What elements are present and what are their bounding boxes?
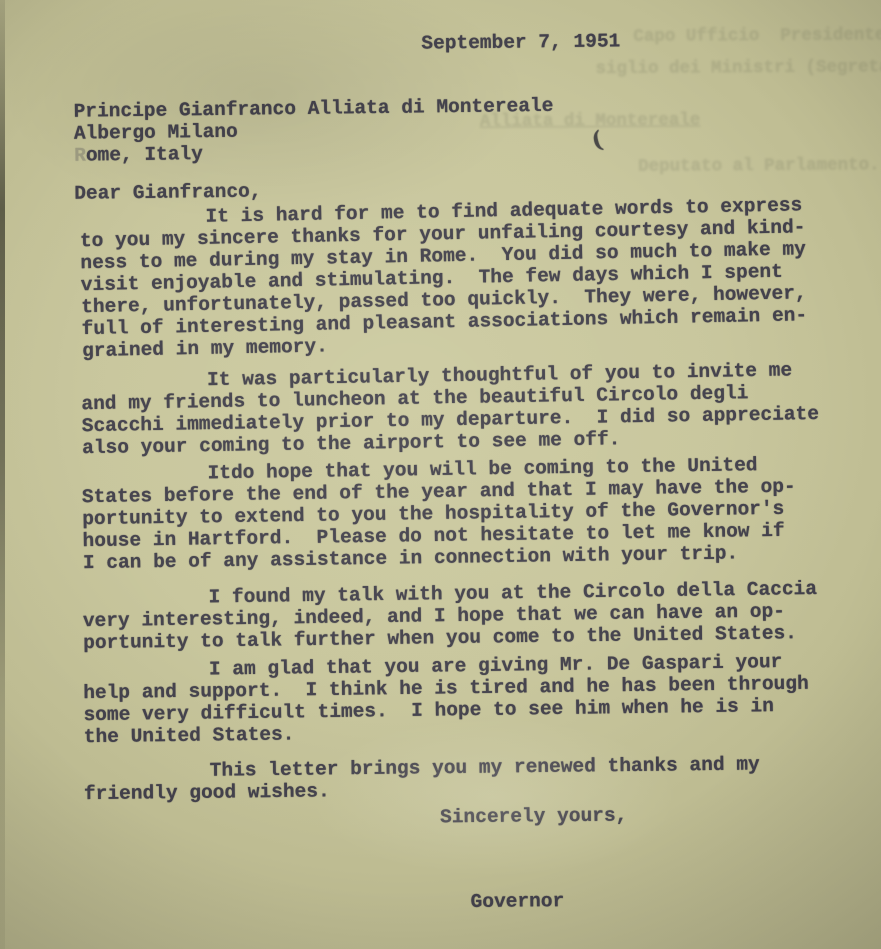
letter-date: September 7, 1951: [421, 30, 620, 54]
letter-paragraph: I am glad that you are giving Mr. De Gas…: [83, 650, 852, 748]
salutation: Dear Gianfranco,: [74, 181, 261, 205]
scanned-letter-page: Capo Ufficio Presidente del Consiglio de…: [0, 0, 881, 949]
letter-body: It is hard for me to find adequate words…: [0, 0, 878, 3]
letter-paragraph: It was particularly thoughtful of you to…: [81, 358, 850, 459]
closing-phrase: Sincerely yours,: [440, 804, 627, 828]
recipient-city: Rome, Italy: [74, 139, 554, 167]
letter-paragraph: It is hard for me to find adequate words…: [79, 193, 850, 362]
letter-paragraph: I found my talk with you at the Circolo …: [82, 577, 851, 654]
signature-title: Governor: [471, 890, 565, 913]
letter-paragraph: Itdo hope that you will be coming to the…: [81, 453, 851, 574]
bleed-through-layer: Capo Ufficio Presidente del Consiglio de…: [0, 0, 878, 3]
bleed-through-text: siglio dei Ministri (Segretario Generale…: [595, 56, 881, 79]
recipient-address-block: Principe Gianfranco Alliata di Montereal…: [74, 95, 555, 167]
letter-sheet: Capo Ufficio Presidente del Consiglio de…: [0, 0, 881, 949]
bleed-through-text: Capo Ufficio Presidente del Con: [633, 25, 881, 47]
letter-paragraph: This letter brings you my renewed thanks…: [84, 752, 852, 805]
bleed-through-text: Deputato al Parlamento.: [638, 155, 880, 176]
